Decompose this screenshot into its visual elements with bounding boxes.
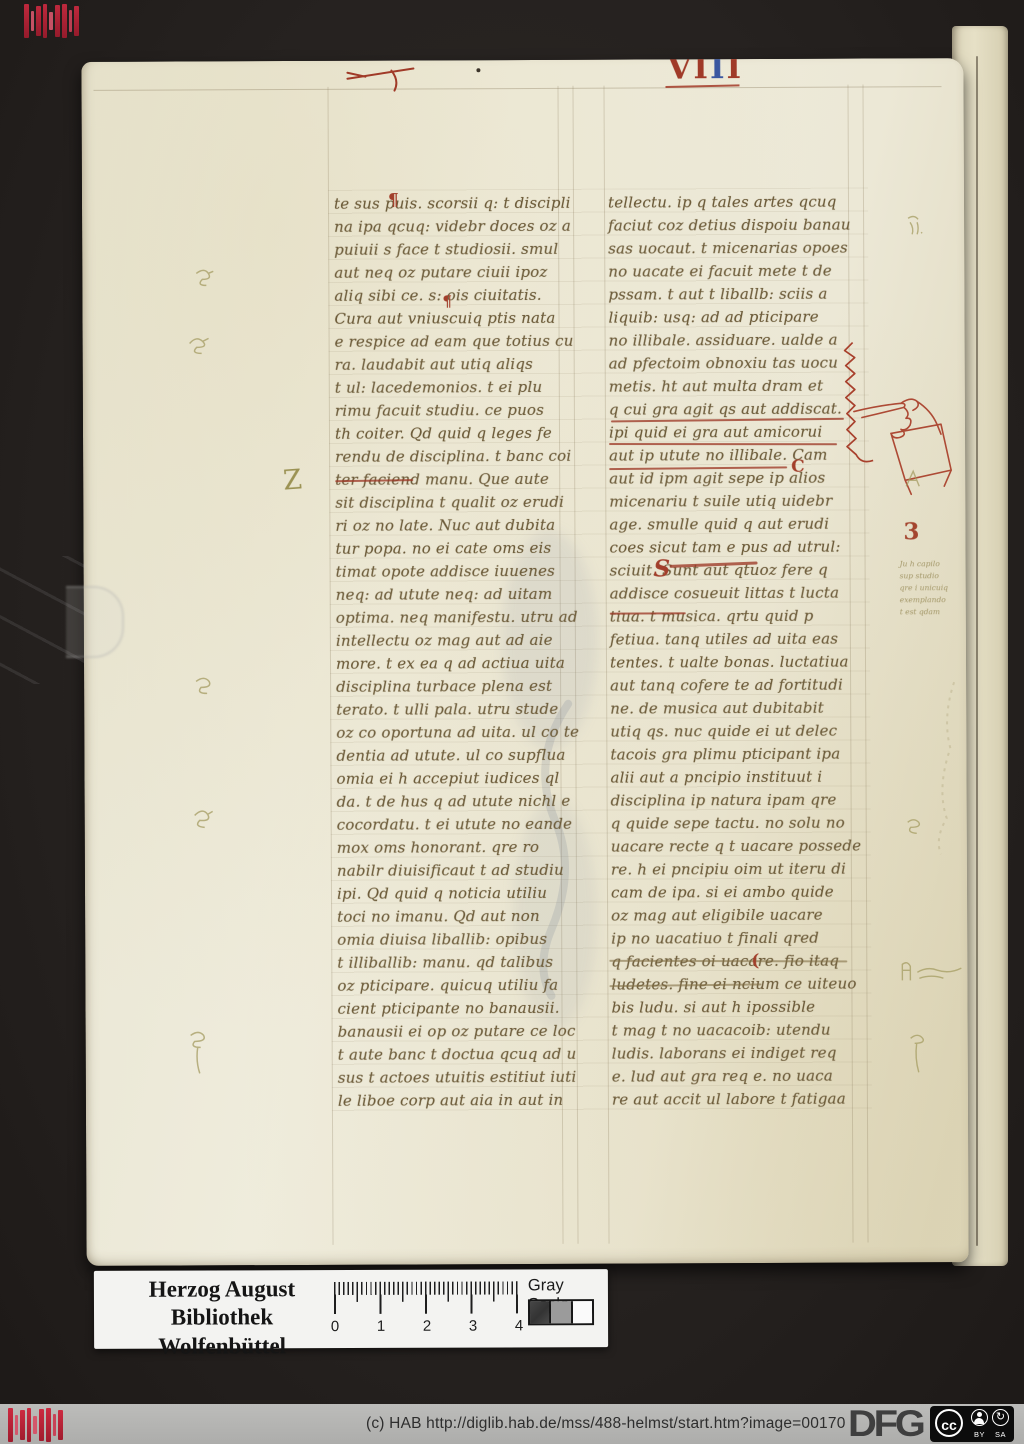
manuscript-text-line: addisce cosueuit littas t lucta <box>610 582 861 606</box>
manuscript-text-line: tiua. t musica. qrtu quid p <box>610 605 861 629</box>
manuscript-text-line: disciplina turbace plena est <box>336 675 579 699</box>
text-column-right: tellectu. ip q tales artes qcuqfaciut co… <box>608 191 862 1112</box>
rubric-squiggle-top <box>343 60 483 93</box>
manuscript-text-line: timat opote addisce iuuenes <box>336 560 579 584</box>
manuscript-text-line: th coiter. Qd quid q leges fe <box>335 422 578 446</box>
manuscript-text-line: liquib: usq: ad ad pticipare <box>608 306 859 330</box>
manuscript-text-line: sas uocaut. t micenarias opoes <box>608 237 859 261</box>
ink-speck <box>476 68 480 72</box>
manuscript-text-line: puiuii s face t studiosii. smul <box>334 238 577 262</box>
nota-mark <box>897 958 967 990</box>
manuscript-text-line: te sus puis. scorsii q: t discipli <box>334 192 577 216</box>
manuscript-text-line: dentia ad utute. ul co supflua <box>336 744 579 768</box>
manuscript-text-line: q quide sepe tactu. no solu no <box>611 812 862 836</box>
manuscript-text-line: cam de ipa. si ei ambo quide <box>611 881 862 905</box>
ruler-number: 4 <box>512 1317 526 1334</box>
gray-patch-light <box>573 1301 592 1323</box>
manuscript-text-line: e respice ad eam que totius cu <box>335 330 578 354</box>
page-holder-clip <box>66 586 124 658</box>
manuscript-text-line: toci no imanu. Qd aut non <box>337 905 580 929</box>
manuscript-text-line: oz pticipare. quicuq utiliu fa <box>337 974 580 998</box>
manuscript-text-line: re aut accit ul labore t fatigaa <box>612 1088 863 1112</box>
scale-card: Herzog August Bibliothek Wolfenbüttel 01… <box>94 1269 608 1349</box>
manuscript-text-line: banausii ei op oz putare ce loc <box>338 1020 581 1044</box>
manuscript-text-line: rimu facuit studiu. ce puos <box>335 399 578 423</box>
manuscript-text-line: oz co oportuna ad uita. ul co te <box>336 721 579 745</box>
manuscript-text-line: ipi quid ei gra aut amicorui <box>609 421 860 445</box>
side-note-line: Ju h capilo <box>900 558 969 570</box>
manuscript-text-line: aliq sibi ce. s: ois ciuitatis. <box>334 284 577 308</box>
ruler-numbers: 01234 <box>328 1317 526 1335</box>
cc-sa-arrow-icon: ↻ <box>992 1409 1009 1426</box>
rubric-paraph: ( <box>751 951 759 971</box>
rubric-underline <box>609 443 837 445</box>
manuscript-text-line: t ul: lacedemonios. t ei plu <box>335 376 578 400</box>
manuscript-text-line: e. lud aut gra req e. no uaca <box>612 1065 863 1089</box>
manuscript-text-line: more. t ex ea q ad actiua uita <box>336 652 579 676</box>
manuscript-text-line: cocordatu. t ei utute no eande <box>337 813 580 837</box>
side-note-line: exemplando <box>900 594 969 606</box>
side-note-line: sup studio <box>900 570 969 582</box>
manuscript-text-line: aut tanq cofere te ad fortitudi <box>610 674 861 698</box>
library-name-line1: Herzog August Bibliothek <box>98 1275 346 1332</box>
manuscript-text-line: sus t actoes utuitis estitiut iuti <box>338 1066 581 1090</box>
manuscript-text-line: ad pfectoim obnoxiu tas uocu <box>609 352 860 376</box>
manuscript-text-line: ri oz no late. Nuc aut dubita <box>335 514 578 538</box>
nota-mark <box>191 805 215 837</box>
ruler-number: 3 <box>466 1318 480 1335</box>
library-name-line2: Wolfenbüttel <box>98 1331 346 1362</box>
manuscript-text-line: pssam. t aut t liballb: sciis a <box>608 283 859 307</box>
manuscript-text-line: no uacate ei facuit mete t de <box>608 260 859 284</box>
text-column-left: te sus puis. scorsii q: t disciplina ipa… <box>334 192 581 1113</box>
ruler-number: 2 <box>420 1318 434 1335</box>
manuscript-text-line: faciut coz detius dispoiu banau <box>608 214 859 238</box>
manuscript-text-line: nabilr diuisificaut t ad studiu <box>337 859 580 883</box>
numeral-letter: I <box>710 58 727 86</box>
manuscript-text-line: fetiua. tanq utiles ad uita eas <box>610 628 861 652</box>
manuscript-text-line: uacare recte q t uacare possede <box>611 835 862 859</box>
numeral-letter: I <box>693 58 710 86</box>
manuscript-text-line: omia ei h accepiut iudices ql <box>336 767 579 791</box>
manuscript-text-line: micenariu t suile utiq uidebr <box>609 490 860 514</box>
rubric-initial-s: S <box>654 555 671 582</box>
creative-commons-badge: cc ↻ BY SA <box>930 1406 1014 1442</box>
color-registration-mark-bottom <box>8 1406 63 1444</box>
manuscript-text-line: ludis. laborans ei indiget req <box>612 1042 863 1066</box>
manuscript-text-line: metis. ht aut multa dram et <box>609 375 860 399</box>
manuscript-text-line: da. t de hus q ad utute nichl e <box>337 790 580 814</box>
heading-numeral-viii: VIII <box>667 58 743 86</box>
manuscript-text-line: coes sicut tam e pus ad utrul: <box>609 536 860 560</box>
photograph-stage: VIII te sus puis. scorsii q: t disciplin… <box>0 0 1024 1444</box>
nota-mark <box>906 1030 930 1074</box>
manuscript-text-line: aut id ipm agit sepe ip alios <box>609 467 860 491</box>
nota-mark <box>186 1027 210 1075</box>
marginal-numeral-3: 3 <box>903 518 919 545</box>
ruler-number: 1 <box>374 1318 388 1335</box>
manuscript-text-line: tellectu. ip q tales artes qcuq <box>608 191 859 215</box>
marginal-side-note: Ju h capilosup studioqre i unicuiqexempl… <box>900 558 969 618</box>
nota-mark <box>902 210 926 242</box>
cc-by-person-icon <box>971 1409 988 1426</box>
rubric-paraph: C <box>791 457 805 477</box>
manuscript-text-line: t illiballib: manu. qd talibus <box>337 951 580 975</box>
gray-scale-patches <box>528 1299 594 1325</box>
side-note-line: qre i unicuiq <box>900 582 969 594</box>
rubric-paraph: ¶ <box>442 292 452 310</box>
manuscript-text-line: aut neq oz putare ciuii ipoz <box>334 261 577 285</box>
library-name: Herzog August Bibliothek Wolfenbüttel <box>98 1275 346 1362</box>
manuscript-text-line: ra. laudabit aut utiq aliqs <box>335 353 578 377</box>
manuscript-text-line: oz mag aut eligibile uacare <box>611 904 862 928</box>
manuscript-text-line: terato. t ulli pala. utru stude <box>336 698 579 722</box>
nota-mark <box>903 812 927 844</box>
numeral-letter: I <box>726 58 743 86</box>
showthrough-scribble <box>924 678 965 858</box>
manuscript-text-line: omia diuisa liballib: opibus <box>337 928 580 952</box>
manuscript-text-line: utiq qs. nuc quide ei ut delec <box>610 720 861 744</box>
manuscript-text-line: sit disciplina t qualit oz erudi <box>335 491 578 515</box>
side-note-line: t est qdam <box>900 606 969 618</box>
top-ruling-line <box>93 86 941 91</box>
manuscript-text-line: neq: ad utute neq: ad uitam <box>336 583 579 607</box>
cc-sa-label: SA <box>992 1430 1009 1439</box>
manuscript-text-line: aut ip utute no illibale. Cam <box>609 444 860 468</box>
manuscript-text-line: ip no uacatiuo t finali qred <box>611 927 862 951</box>
manuscript-text-line: ipi. Qd quid q noticia utiliu <box>337 882 580 906</box>
manuscript-text-line: cient pticipante no banausii. <box>337 997 580 1021</box>
ruler-number: 0 <box>328 1318 342 1335</box>
manuscript-page: VIII te sus puis. scorsii q: t disciplin… <box>81 58 968 1266</box>
manuscript-text-line: t mag t no uacacoib: utendu <box>612 1019 863 1043</box>
manuscript-text-line: tur popa. no ei cate oms eis <box>335 537 578 561</box>
rubric-underline <box>610 612 686 614</box>
nota-mark <box>901 466 925 498</box>
numeral-letter: V <box>667 58 693 86</box>
copyright-url-text: (c) HAB http://diglib.hab.de/mss/488-hel… <box>366 1415 846 1433</box>
cc-by-label: BY <box>971 1430 988 1439</box>
marginal-z-mark: Z <box>282 464 303 496</box>
cc-logo-icon: cc <box>935 1409 963 1437</box>
gray-patch-dark <box>530 1301 551 1323</box>
manuscript-text-line: tacois gra plimu pticipant ipa <box>610 743 861 767</box>
footer-bar: (c) HAB http://diglib.hab.de/mss/488-hel… <box>0 1404 1024 1444</box>
manuscript-text-line: mox oms honorant. qre ro <box>337 836 580 860</box>
manuscript-text-line: tentes. t ualte bonas. luctatiua <box>610 651 861 675</box>
manuscript-text-line: ne. de musica aut dubitabit <box>610 697 861 721</box>
color-registration-mark-top <box>24 2 79 40</box>
manuscript-text-line: le liboe corp aut aia in aut in <box>338 1089 581 1113</box>
manuscript-text-line: t aute banc t doctua qcuq ad u <box>338 1043 581 1067</box>
manuscript-text-line: na ipa qcuq: videbr doces oz a <box>334 215 577 239</box>
page-gutter-crease <box>976 56 978 1246</box>
gray-patch-mid <box>551 1301 572 1323</box>
manuscript-text-line: disciplina ip natura ipam qre <box>611 789 862 813</box>
nota-mark <box>192 265 216 297</box>
manuscript-text-line: re. h ei pncipiu oim ut iteru di <box>611 858 862 882</box>
manuscript-text-line: no illibale. assiduare. ualde a <box>609 329 860 353</box>
manuscript-text-line: bis ludu. si aut h ipossible <box>611 996 862 1020</box>
manuscript-text-line: age. smulle quid q aut erudi <box>609 513 860 537</box>
manuscript-text-line: rendu de disciplina. t banc coi <box>335 445 578 469</box>
manuscript-text-line: Cura aut vniuscuiq ptis nata <box>334 307 577 331</box>
dfg-logo: DFG <box>848 1403 923 1444</box>
rubric-paraph: ¶ <box>388 191 399 211</box>
ruler-ticks <box>334 1281 518 1314</box>
nota-mark <box>187 329 211 361</box>
manuscript-text-line: intellectu oz mag aut ad aie <box>336 629 579 653</box>
manuscript-text-line: optima. neq manifestu. utru ad <box>336 606 579 630</box>
manuscript-text-line: alii aut a pncipio instituut i <box>610 766 861 790</box>
cm-ruler: 01234 <box>334 1277 530 1340</box>
nota-mark <box>192 671 216 703</box>
